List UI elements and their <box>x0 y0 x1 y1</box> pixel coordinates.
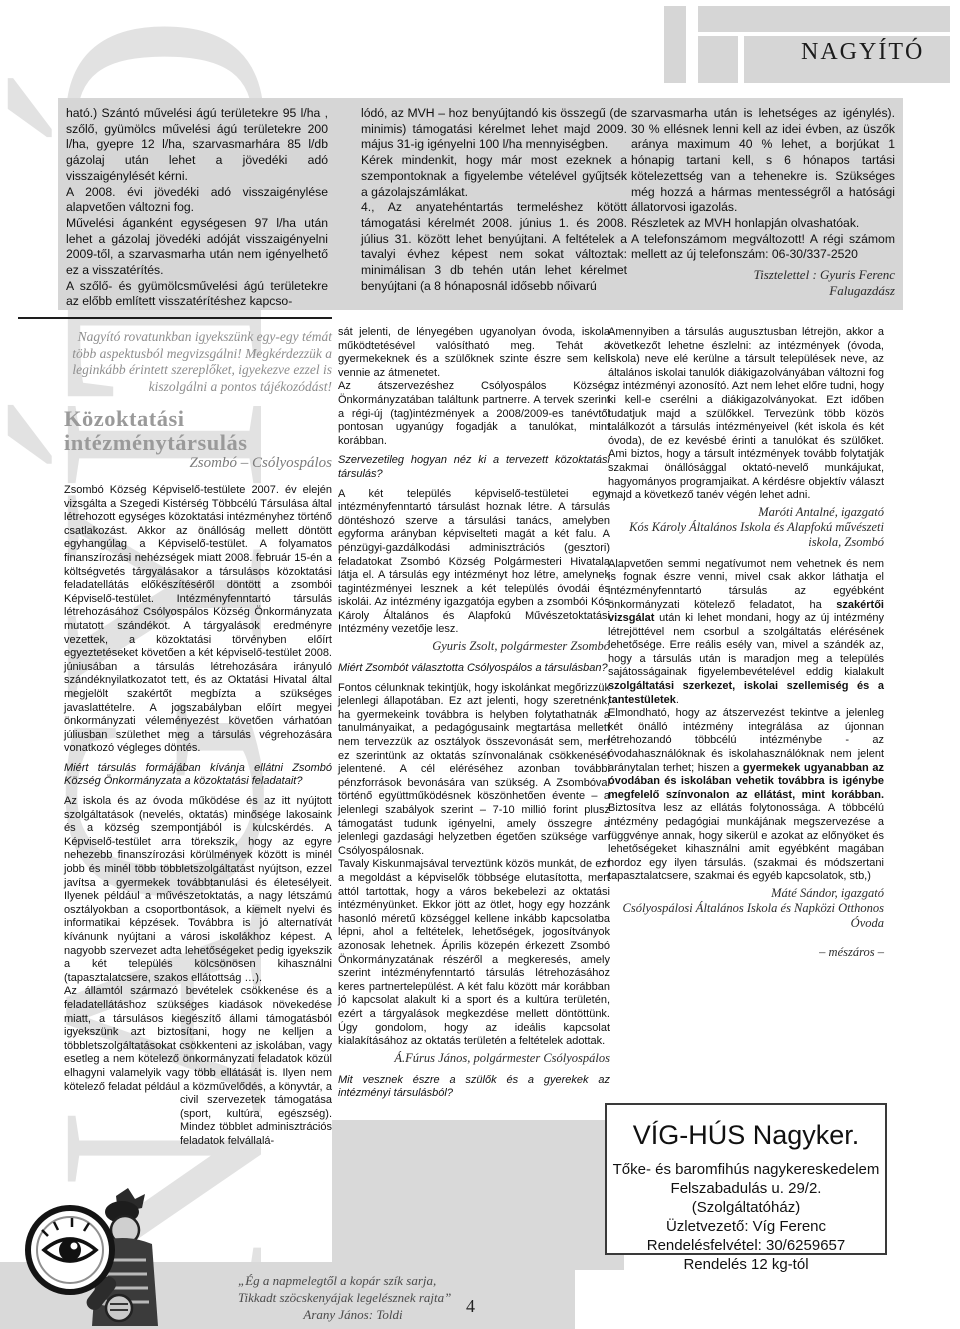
page-number: 4 <box>466 1296 475 1317</box>
scan-gray-block <box>332 1120 624 1270</box>
paragraph-segment: Biztosítva lesz az ellátás folytonossága… <box>608 802 884 882</box>
interview-question: Miért társulás formájában kívánja ellátn… <box>64 762 332 789</box>
ad-line: Rendelésfelvétel: 30/6259657 <box>607 1236 885 1255</box>
masthead-block <box>698 36 738 83</box>
feature-column-1: Nagyító rovatunkban igyekszünk egy-egy t… <box>64 329 332 1178</box>
interview-question: Mit vesznek észre a szülők és a gyerekek… <box>338 1074 610 1101</box>
attribution-line: Máté Sándor, igazgató <box>608 886 884 901</box>
article-paragraph: Zsombó Község Képviselő-testülete 2007. … <box>64 484 332 756</box>
interview-question: Szervezetileg hogyan néz ki a tervezett … <box>338 454 610 481</box>
feature-column-3: Amennyiben a társulás augusztusban létre… <box>608 326 884 968</box>
rubric-intro: Nagyító rovatunkban igyekszünk egy-egy t… <box>64 329 332 395</box>
section-masthead-title: NAGYÍTÓ <box>801 39 924 66</box>
image-cutout-spacer <box>64 1094 180 1178</box>
footer-quote: „Ég a napmelegtől a kopár szík sarja, Ti… <box>238 1272 468 1323</box>
ad-line: Felszabadulás u. 29/2. <box>607 1179 885 1198</box>
ad-line: Tőke- és baromfihús nagykereskedelem <box>607 1160 885 1179</box>
agri-paragraph: Kérek mindenkit, hogy már most ezeknek a… <box>361 153 627 200</box>
feature-column-2: sát jelenti, de lényegében ugyanolyan óv… <box>338 326 610 1107</box>
agri-paragraph: lódó, az MVH – hoz benyújtandó kis össze… <box>361 106 627 153</box>
ad-line: (Szolgáltatóház) <box>607 1198 885 1217</box>
attribution-line: Kós Károly Általános Iskola és Alapfokú … <box>608 520 884 550</box>
quote-line: „Ég a napmelegtől a kopár szík sarja, <box>238 1272 468 1289</box>
article-paragraph: Alapvetően semmi negatívumot nem vehetne… <box>608 558 884 708</box>
advertisement-box: VÍG-HÚS Nagyker. Tőke- és baromfihús nag… <box>605 1103 887 1255</box>
paragraph-segment: . <box>676 694 679 706</box>
agri-paragraph: A szőlő- és gyümölcsművelési ágú terület… <box>66 279 328 310</box>
agri-paragraph: Művelési áganként egységesen 97 l/ha utá… <box>66 216 328 279</box>
masthead-block <box>664 6 686 83</box>
ad-body: Tőke- és baromfihús nagykereskedelem Fel… <box>607 1160 885 1274</box>
article-paragraph: Az átszervezéshez Csólyospálos Község Ön… <box>338 380 610 448</box>
article-subtitle: Zsombó – Csólyospálos <box>64 455 332 472</box>
quote-attribution: Arany János: Toldi <box>238 1306 468 1323</box>
agri-column-1: ható.) Szántó művelési ágú területekre 9… <box>66 106 328 310</box>
author-signoff: – mészáros – <box>608 945 884 960</box>
ad-title: VÍG-HÚS Nagyker. <box>607 1120 885 1150</box>
paragraph-segment: Az államtól származó bevételek csökkenés… <box>64 985 332 1092</box>
article-paragraph: Az államtól származó bevételek csökkenés… <box>64 985 332 1148</box>
eye-highlight <box>71 1243 78 1250</box>
article-paragraph: Amennyiben a társulás augusztusban létre… <box>608 326 884 503</box>
newsletter-page: NAGYÍTÓ NAGYÍTÓ ható.) Szántó művelési á… <box>0 0 960 1329</box>
quote-attribution: Á.Fúrus János, polgármester Csólyospálos <box>338 1051 610 1066</box>
article-paragraph: Fontos célunknak tekintjük, hogy iskolán… <box>338 682 610 859</box>
article-paragraph: sát jelenti, de lényegében ugyanolyan óv… <box>338 326 610 380</box>
article-paragraph: Az iskola és az óvoda működése és az itt… <box>64 795 332 985</box>
agri-signature: Tisztelettel : Gyuris Ferenc Falugazdász <box>631 267 895 299</box>
agri-paragraph: 4., Az anyatehéntartás termeléshez kötöt… <box>361 200 627 294</box>
signature-line: Falugazdász <box>631 283 895 299</box>
fist <box>106 1295 132 1321</box>
agri-paragraph: A telefonszámom megváltozott! A régi szá… <box>631 232 895 263</box>
agri-paragraph: ható.) Szántó művelési ágú területekre 9… <box>66 106 328 185</box>
masthead-block <box>698 6 950 32</box>
bold-segment: szolgáltatási szerkezet, iskolai szellem… <box>608 680 884 706</box>
attribution-line: Maróti Antalné, igazgató <box>608 505 884 520</box>
article-paragraph: Tavaly Kiskunmajsával terveztünk közös m… <box>338 858 610 1048</box>
quote-attribution: Gyuris Zsolt, polgármester Zsombó <box>338 639 610 654</box>
ad-line: Üzletvezető: Víg Ferenc <box>607 1217 885 1236</box>
article-paragraph: Elmondható, hogy az átszervezést tekintv… <box>608 707 884 884</box>
agri-paragraph: A 2008. évi jövedéki adó visszaigénylése… <box>66 185 328 216</box>
section-divider <box>18 317 332 319</box>
quote-line: Tikkadt szöcskenyájak legelésznek rajta” <box>238 1289 468 1306</box>
attribution-line: Csólyospálosi Általános Iskola és Napköz… <box>608 901 884 931</box>
agri-paragraph: szarvasmarha után is lehetséges az igény… <box>631 106 895 216</box>
ad-line: Rendelés 12 kg-tól <box>607 1255 885 1274</box>
agri-paragraph: Részletek az MVH honlapján olvashatóak. <box>631 216 895 232</box>
article-title: Közoktatási intézménytársulás <box>64 407 332 455</box>
article-paragraph: A két település képviselő-testületei egy… <box>338 488 610 638</box>
quote-attribution: Maróti Antalné, igazgató Kós Károly Álta… <box>608 505 884 550</box>
quote-attribution: Máté Sándor, igazgató Csólyospálosi Álta… <box>608 886 884 931</box>
agri-column-2: lódó, az MVH – hoz benyújtandó kis össze… <box>361 106 627 294</box>
signature-line: Tisztelettel : Gyuris Ferenc <box>631 267 895 283</box>
interview-question: Miért Zsombót választotta Csólyospálos a… <box>338 662 610 676</box>
eye-pupil <box>59 1239 81 1261</box>
magnifier-mascot-image <box>18 1186 198 1326</box>
agri-column-3: szarvasmarha után is lehetséges az igény… <box>631 106 895 299</box>
